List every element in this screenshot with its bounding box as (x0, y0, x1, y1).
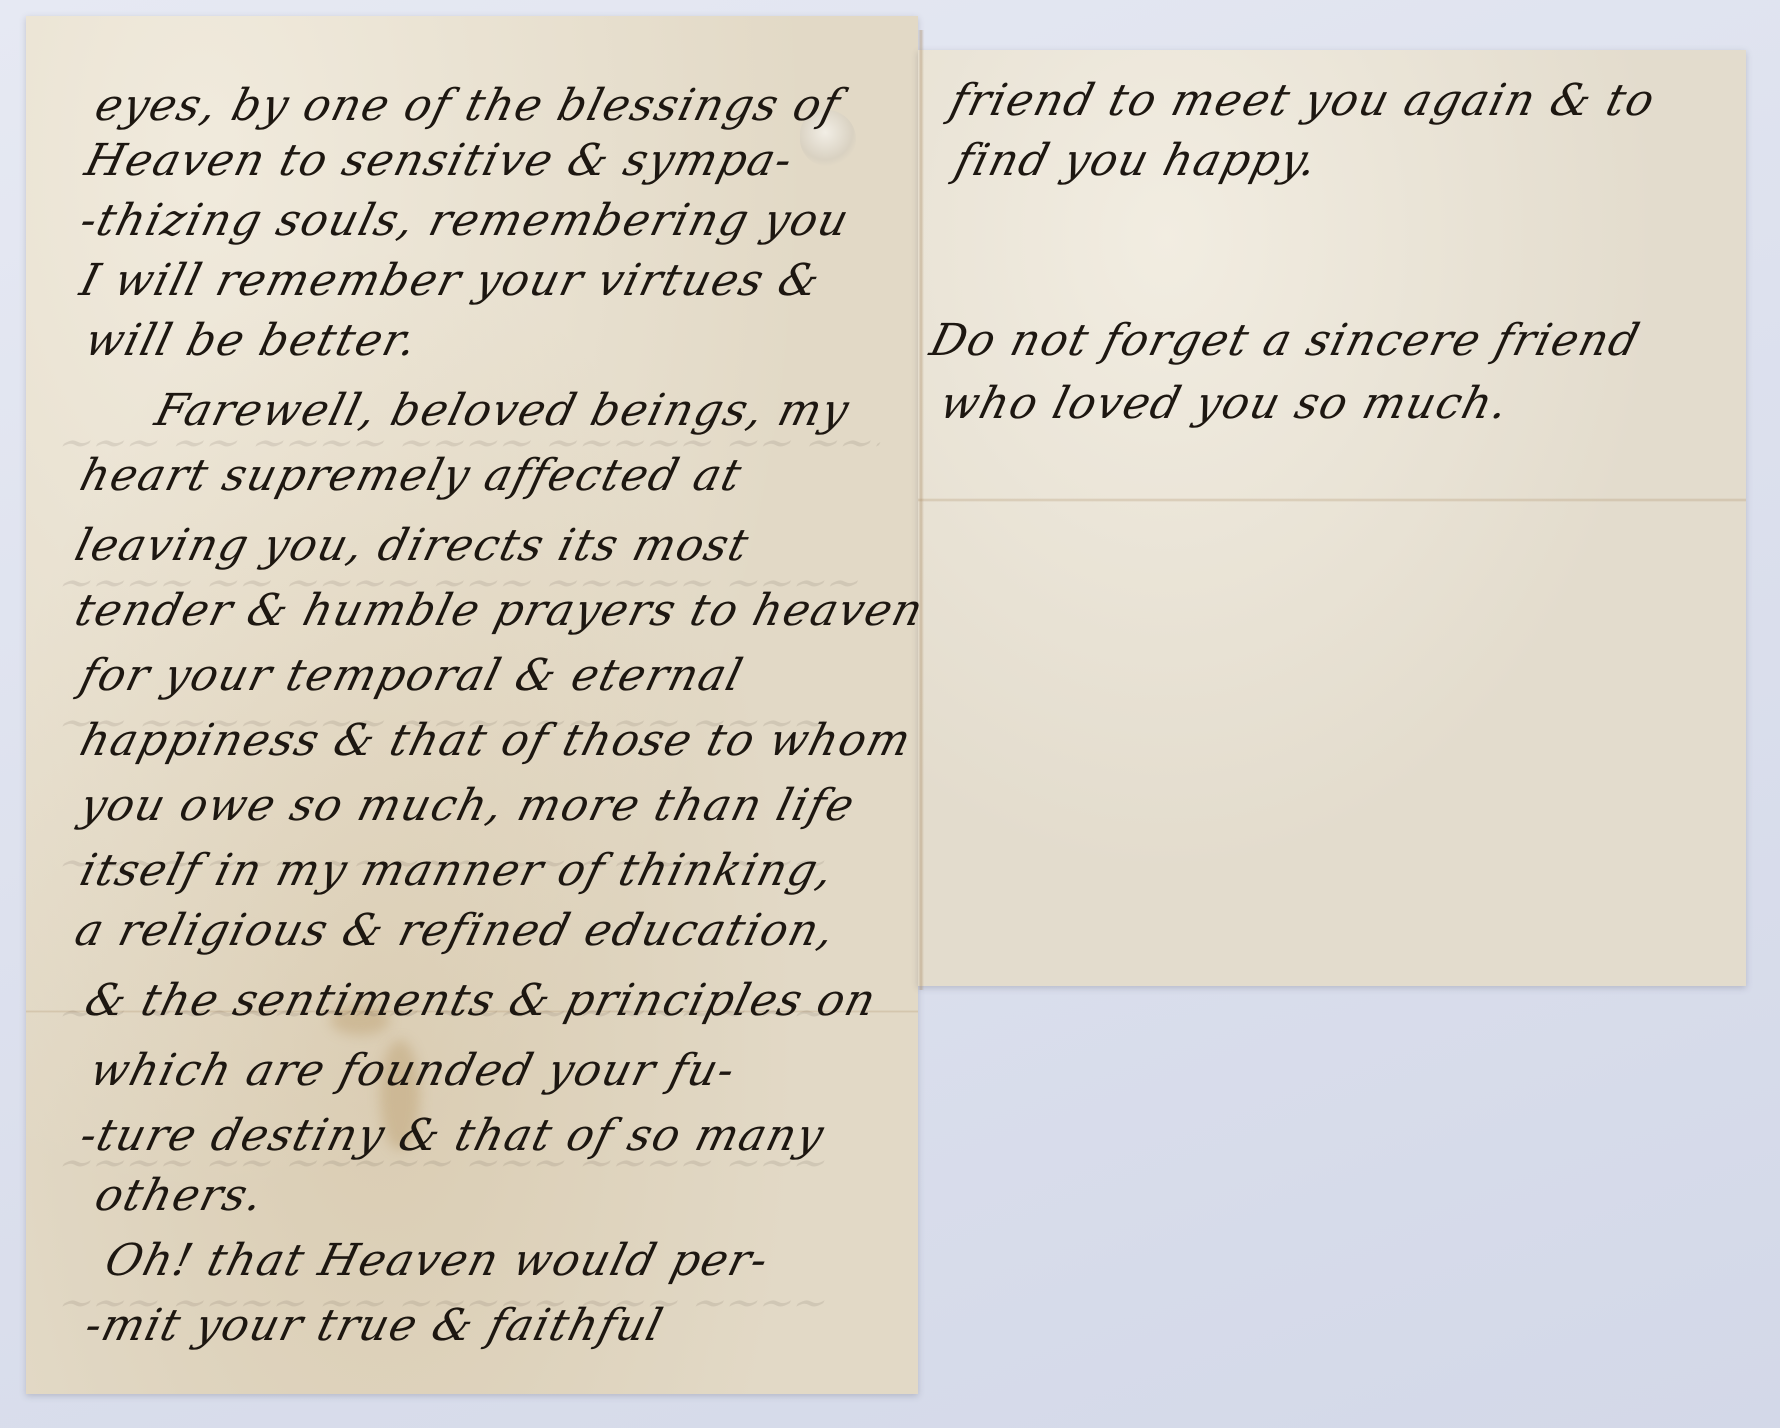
handwritten-line: will be better. (80, 315, 423, 366)
handwritten-line: -mit your true & faithful (80, 1300, 669, 1351)
handwritten-line: itself in my manner of thinking, (75, 845, 840, 896)
handwritten-line: Farewell, beloved beings, my (150, 385, 855, 436)
handwritten-line: others. (90, 1170, 269, 1221)
handwritten-line: a religious & refined education, (70, 905, 841, 956)
handwritten-line: leaving you, directs its most (70, 520, 755, 571)
handwritten-line: Heaven to sensitive & sympa- (80, 135, 799, 186)
handwritten-line: eyes, by one of the blessings of (90, 80, 846, 131)
horizontal-fold-crease-right (918, 498, 1746, 502)
handwritten-line: for your temporal & eternal (75, 650, 749, 701)
handwritten-line: Do not forget a sincere friend (925, 315, 1646, 366)
handwritten-line: & the sentiments & principles on (80, 975, 882, 1026)
handwritten-line: -ture destiny & that of so many (75, 1110, 830, 1161)
letter-page-right (918, 50, 1746, 986)
handwritten-line: which are founded your fu- (85, 1045, 741, 1096)
handwritten-line: heart supremely affected at (75, 450, 748, 501)
handwritten-line: find you happy. (950, 135, 1324, 186)
handwritten-line: friend to meet you again & to (945, 75, 1661, 126)
handwritten-line: -thizing souls, remembering you (75, 195, 855, 246)
handwritten-line: who loved you so much. (935, 378, 1515, 429)
handwritten-line: you owe so much, more than life (75, 780, 860, 831)
handwritten-line: Oh! that Heaven would per- (100, 1235, 774, 1286)
handwritten-line: happiness & that of those to whom (75, 715, 917, 766)
handwritten-line: I will remember your virtues & (75, 255, 826, 306)
handwritten-line: tender & humble prayers to heaven (70, 585, 929, 636)
vertical-fold-crease (918, 30, 924, 990)
